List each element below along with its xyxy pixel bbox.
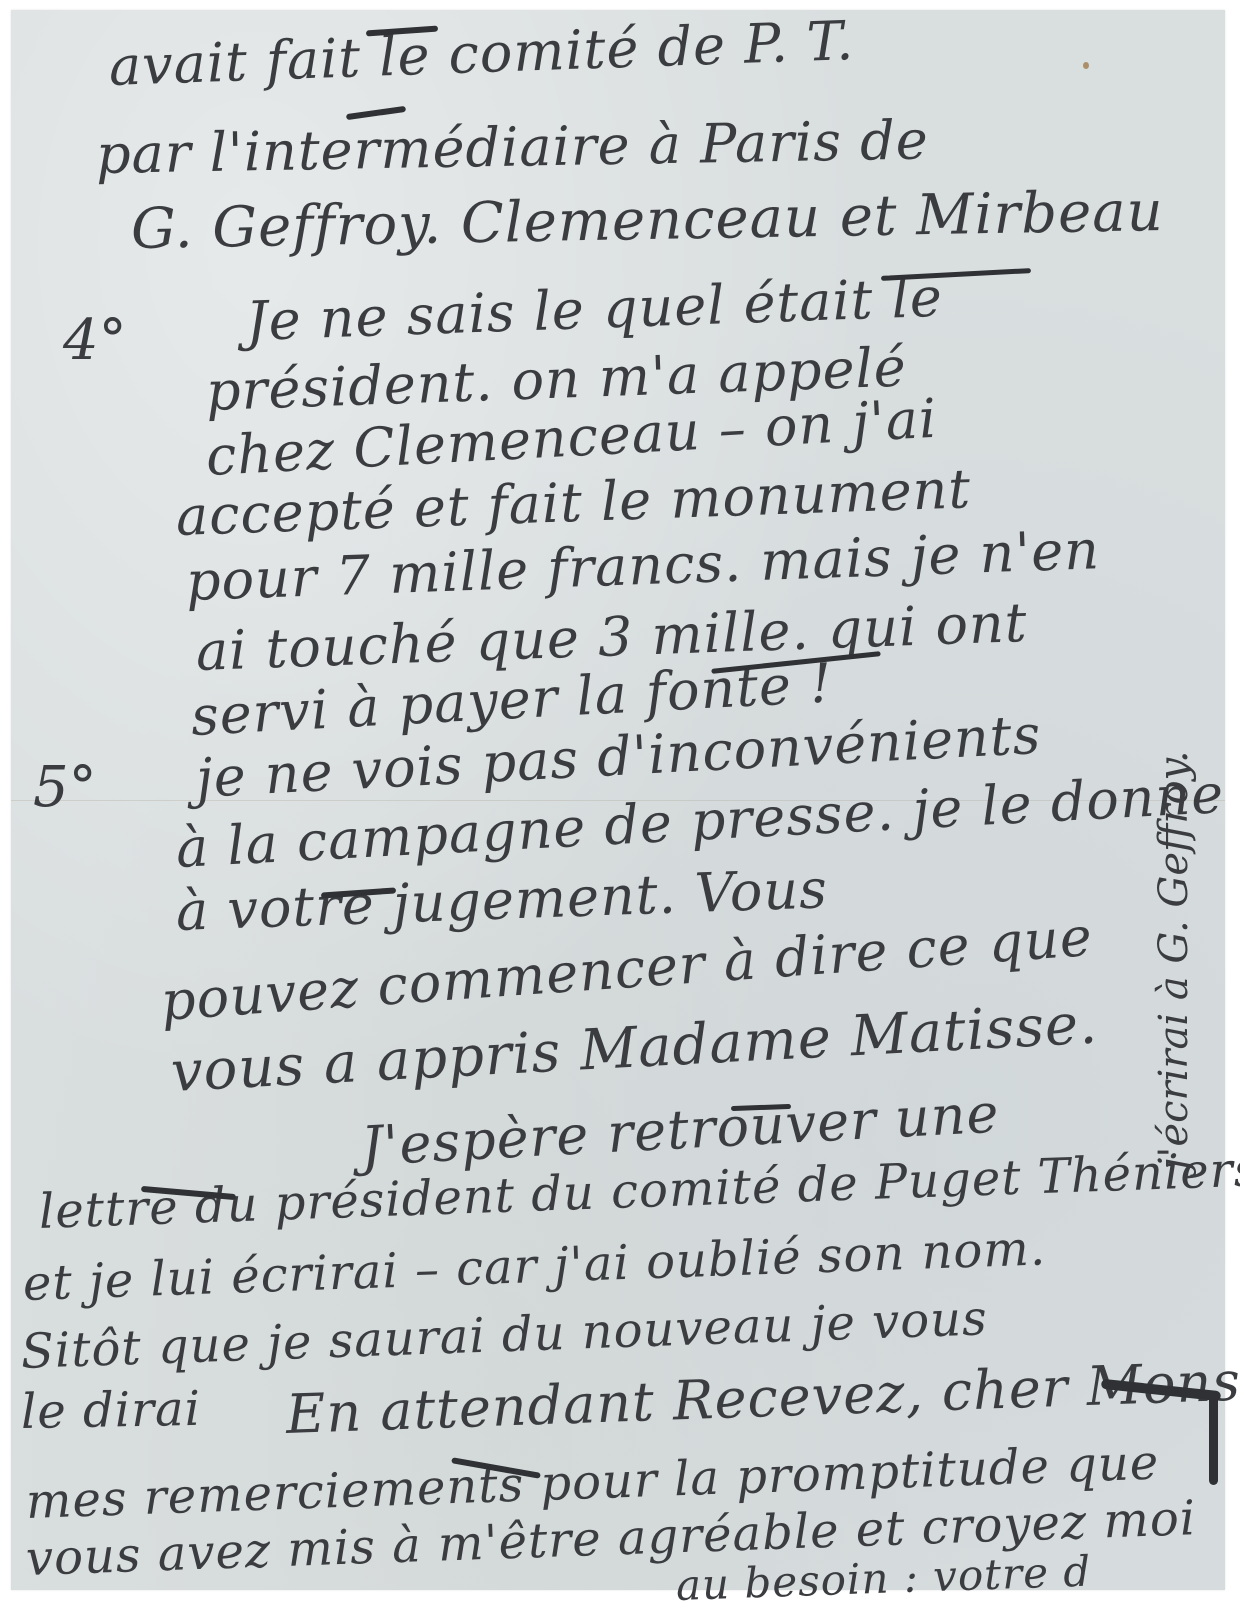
letter-line-1: avait fait le comité de P. T. <box>108 14 855 94</box>
list-marker-5: 5° <box>33 755 97 820</box>
letter-line-3: G. Geffroy. Clemenceau et Mirbeau <box>131 184 1165 258</box>
bracket-stroke <box>1209 1395 1218 1485</box>
list-marker-4: 4° <box>63 308 127 373</box>
letter-line-24: au besoin : votre d <box>675 1551 1092 1607</box>
margin-note-vertical: j'écrirai à G. Geffroy. <box>1151 750 1197 1170</box>
letter-page: avait fait le comité de P. T. par l'inte… <box>11 10 1225 1590</box>
ink-spot <box>1083 62 1089 69</box>
letter-line-2: par l'intermédiaire à Paris de <box>96 113 930 182</box>
letter-line-20: le dirai <box>21 1385 202 1436</box>
